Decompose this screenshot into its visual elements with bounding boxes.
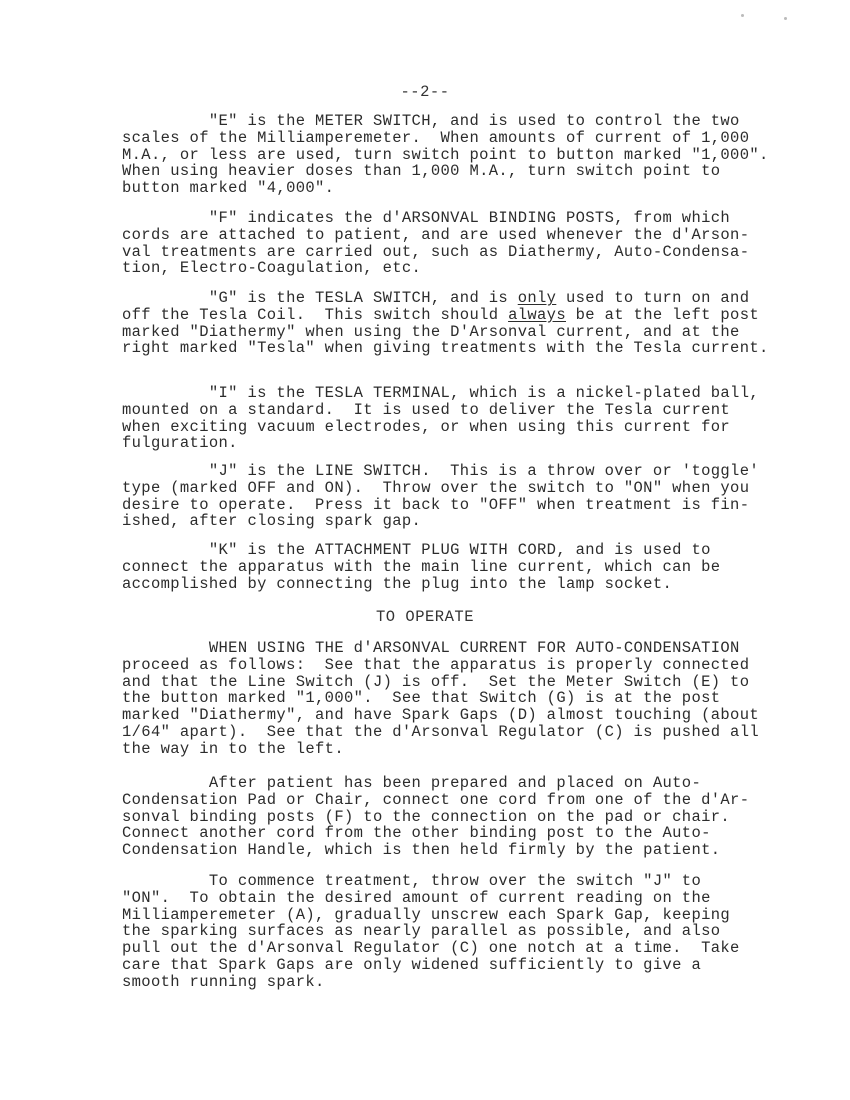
paragraph-patient-preparation: After patient has been prepared and plac…	[122, 775, 802, 859]
paragraph-g-tesla-switch: "G" is the TESLA SWITCH, and is only use…	[122, 290, 802, 357]
scan-speck	[784, 17, 787, 20]
paragraph-f-binding-posts: "F" indicates the d'ARSONVAL BINDING POS…	[122, 210, 802, 277]
emphasis-always: always	[508, 306, 566, 324]
emphasis-only: only	[518, 289, 557, 307]
scan-speck	[741, 14, 744, 17]
paragraph-commence-treatment: To commence treatment, throw over the sw…	[122, 873, 802, 991]
document-page: --2-- "E" is the METER SWITCH, and is us…	[0, 0, 850, 1100]
paragraph-j-line-switch: "J" is the LINE SWITCH. This is a throw …	[122, 463, 802, 530]
section-heading-to-operate: TO OPERATE	[0, 608, 850, 626]
page-number: --2--	[0, 83, 850, 101]
paragraph-auto-condensation: WHEN USING THE d'ARSONVAL CURRENT FOR AU…	[122, 640, 802, 758]
paragraph-k-attachment-plug: "K" is the ATTACHMENT PLUG WITH CORD, an…	[122, 542, 802, 592]
paragraph-i-tesla-terminal: "I" is the TESLA TERMINAL, which is a ni…	[122, 385, 802, 452]
paragraph-e-meter-switch: "E" is the METER SWITCH, and is used to …	[122, 113, 802, 197]
